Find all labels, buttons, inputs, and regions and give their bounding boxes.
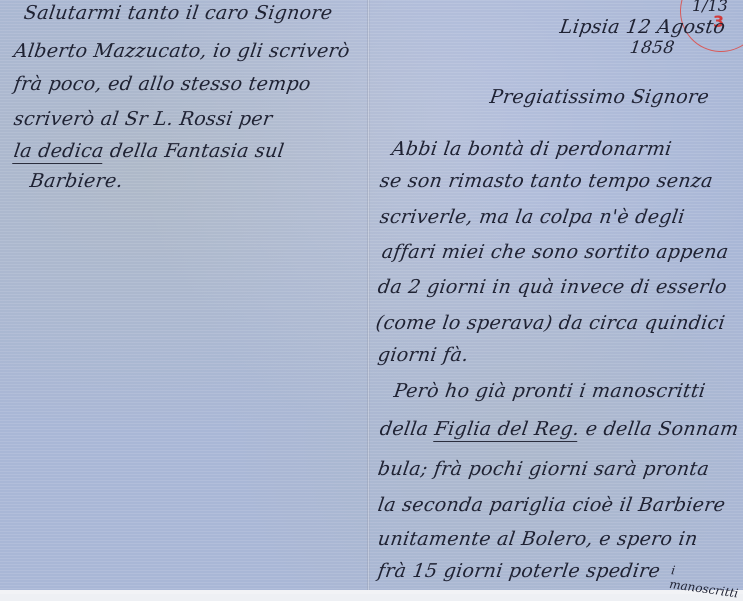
right-line-2: se son rimasto tanto tempo senza: [378, 170, 714, 192]
right-line-11: la seconda pariglia cioè il Barbiere: [376, 494, 726, 516]
right-line-6: (come lo sperava) da circa quindici: [374, 312, 726, 334]
left-page: Salutarmi tanto il caro Signore Alberto …: [0, 0, 367, 590]
right-page: Lipsia 12 Agosto 1858 Pregiatissimo Sign…: [370, 0, 743, 590]
right-line-8: Però ho già pronti i manoscritti: [392, 380, 706, 402]
right-line-4: affari miei che sono sortito appena: [380, 241, 730, 263]
right-line-3: scriverle, ma la colpa n'è degli: [378, 206, 686, 228]
left-line-4: scriverò al Sr L. Rossi per: [12, 108, 273, 130]
left-line-2: Alberto Mazzucato, io gli scriverò: [12, 40, 351, 62]
right-line-7: giorni fà.: [376, 344, 470, 366]
left-line-5: la dedica della Fantasia sul: [12, 140, 285, 162]
right-line-10: bula; frà pochi giorni sarà pronta: [376, 458, 710, 480]
right-line-1: Abbi la bontà di perdonarmi: [390, 138, 673, 160]
right-line-5: da 2 giorni in quà invece di esserlo: [376, 276, 728, 298]
left-line-1: Salutarmi tanto il caro Signore: [22, 2, 334, 24]
underlined-figlia: Figlia del Reg.: [433, 418, 581, 442]
right-line-12: unitamente al Bolero, e spero in: [376, 528, 699, 550]
left-line-3: frà poco, ed allo stesso tempo: [12, 73, 312, 95]
right-line-13: frà 15 giorni poterle spedire: [376, 560, 661, 582]
place-date: Lipsia 12 Agosto: [558, 16, 726, 38]
right-line-9: della Figlia del Reg. e della Sonnam: [378, 418, 740, 440]
salutation: Pregiatissimo Signore: [488, 86, 710, 108]
scan-edge: [0, 590, 743, 594]
year: 1858: [629, 38, 676, 58]
underlined-dedica: la dedica: [12, 140, 105, 164]
left-line-6: Barbiere.: [28, 170, 124, 192]
